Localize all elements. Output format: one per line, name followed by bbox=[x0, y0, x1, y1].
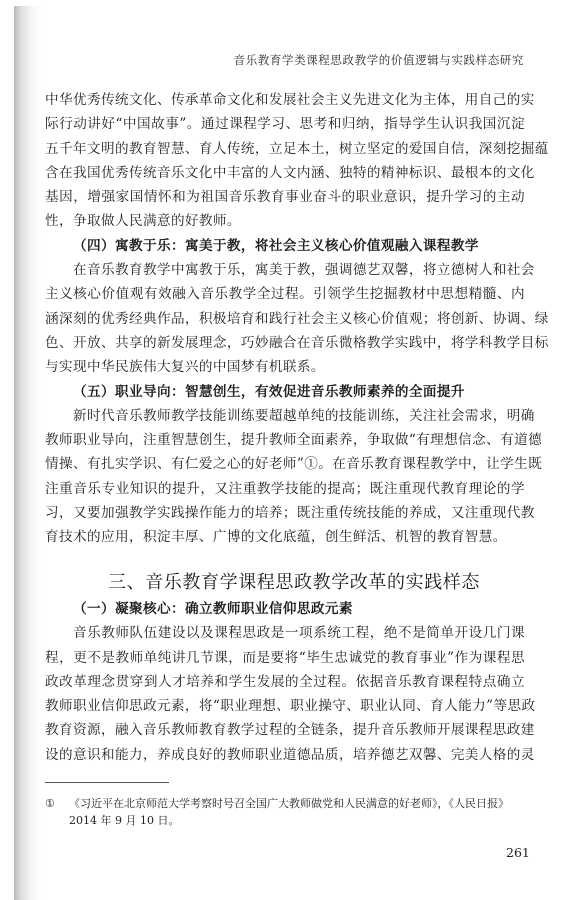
subsection-heading-3-1: （一）凝聚核心：确立教师职业信仰思政元素 bbox=[45, 597, 525, 621]
text-line: 教育资源，融入音乐教师教育教学过程的全链条，提升音乐教师开展课程思政建 bbox=[45, 718, 525, 742]
text-line: 中华优秀传统文化、传承革命文化和发展社会主义先进文化为主体，用自己的实 bbox=[45, 88, 525, 112]
text-line: 主义核心价值观有效融入音乐教学全过程。引领学生挖掘教材中思想精髓、内 bbox=[45, 282, 525, 306]
section-3-body: （一）凝聚核心：确立教师职业信仰思政元素 音乐教师队伍建设以及课程思政是一项系统… bbox=[45, 597, 525, 767]
text-line: 教师职业信仰思政元素，将“职业理想、职业操守、职业认同、育人能力”等思政 bbox=[45, 694, 525, 718]
running-head: 音乐教育学类课程思政教学的价值逻辑与实践样态研究 bbox=[234, 52, 524, 68]
page-top-margin bbox=[14, 0, 588, 6]
footnote: ①《习近平在北京师范大学考察时号召全国广大教师做党和人民满意的好老师》，《人民日… bbox=[45, 795, 525, 829]
text-line: 际行动讲好“中国故事”。通过课程学习、思考和归纳，指导学生认识我国沉淀 bbox=[45, 112, 525, 136]
text-line: 性，争取做人民满意的好教师。 bbox=[45, 209, 525, 233]
text-line: 政改革理念贯穿到人才培养和学生发展的全过程。依据音乐教育课程特点确立 bbox=[45, 670, 525, 694]
paragraph-continuation: 中华优秀传统文化、传承革命文化和发展社会主义先进文化为主体，用自己的实 际行动讲… bbox=[45, 88, 525, 550]
footnote-date: 2014 年 9 月 10 日。 bbox=[45, 812, 525, 829]
text-line: 习，又要加强教学实践操作能力的培养；既注重传统技能的养成，又注重现代教 bbox=[45, 501, 525, 525]
text-line: 涵深刻的优秀经典作品，积极培育和践行社会主义核心价值观；将创新、协调、绿 bbox=[45, 307, 525, 331]
text-line: 设的意识和能力，养成良好的教师职业道德品质，培养德艺双馨、完美人格的灵 bbox=[45, 743, 525, 767]
subsection-heading-4: （四）寓教于乐：寓美于教，将社会主义核心价值观融入课程教学 bbox=[45, 234, 525, 258]
text-line: 注重音乐专业知识的提升，又注重教学技能的提高；既注重现代教育理论的学 bbox=[45, 477, 525, 501]
text-line: 音乐教师队伍建设以及课程思政是一项系统工程，绝不是简单开设几门课 bbox=[45, 621, 525, 645]
footnote-line: ①《习近平在北京师范大学考察时号召全国广大教师做党和人民满意的好老师》，《人民日… bbox=[45, 795, 525, 812]
footnote-marker: ① bbox=[45, 795, 69, 812]
text-line: 五千年文明的教育智慧、育人传统，立足本土，树立坚定的爱国自信，深刻挖掘蕴 bbox=[45, 137, 525, 161]
footnote-rule bbox=[45, 782, 169, 783]
text-line: 教师职业导向，注重智慧创生，提升教师全面素养，争取做“有理想信念、有道德 bbox=[45, 428, 525, 452]
text-line: 新时代音乐教师教学技能训练要超越单纯的技能训练，关注社会需求，明确 bbox=[45, 404, 525, 428]
section-heading-3: 三、音乐教育学课程思政教学改革的实践样态 bbox=[0, 568, 588, 594]
text-line: 基因，增强家国情怀和为祖国音乐教育事业奋斗的职业意识，提升学习的主动 bbox=[45, 185, 525, 209]
footnote-text: 《习近平在北京师范大学考察时号召全国广大教师做党和人民满意的好老师》，《人民日报… bbox=[69, 797, 509, 810]
page-gutter-shadow bbox=[14, 6, 42, 900]
subsection-heading-5: （五）职业导向：智慧创生，有效促进音乐教师素养的全面提升 bbox=[45, 380, 525, 404]
text-line: 含在我国优秀传统音乐文化中丰富的人文内涵、独特的精神标识、最根本的文化 bbox=[45, 161, 525, 185]
text-line: 色、开放、共享的新发展理念，巧妙融合在音乐微格教学实践中，将学科教学目标 bbox=[45, 331, 525, 355]
text-line: 与实现中华民族伟大复兴的中国梦有机联系。 bbox=[45, 355, 525, 379]
text-line: 育技术的应用，积淀丰厚、广博的文化底蕴，创生鲜活、机智的教育智慧。 bbox=[45, 525, 525, 549]
text-line: 程，更不是教师单纯讲几节课，而是要将“毕生忠诚党的教育事业”作为课程思 bbox=[45, 646, 525, 670]
text-line: 在音乐教育教学中寓教于乐，寓美于教，强调德艺双馨，将立德树人和社会 bbox=[45, 258, 525, 282]
text-line: 情操、有扎实学识、有仁爱之心的好老师”①。在音乐教育课程教学中，让学生既 bbox=[45, 452, 525, 476]
page-number: 261 bbox=[506, 845, 530, 860]
